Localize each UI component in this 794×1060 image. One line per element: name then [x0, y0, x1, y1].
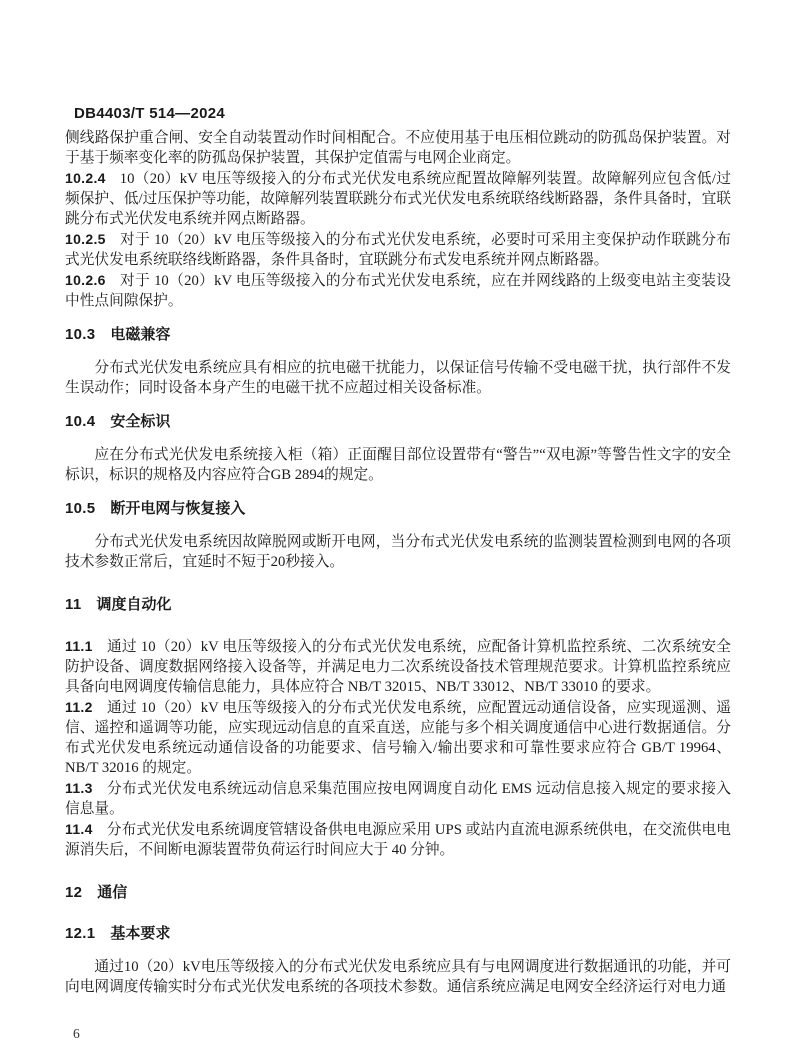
paragraph-10-5: 分布式光伏发电系统因故障脱网或断开电网，当分布式光伏发电系统的监测装置检测到电网…: [65, 532, 731, 572]
heading-10-5: 10.5断开电网与恢复接入: [65, 499, 731, 519]
heading-number: 10.3: [65, 326, 95, 343]
clause-number: 11.1: [65, 638, 93, 654]
document-page: DB4403/T 514—2024 侧线路保护重合闸、安全自动装置动作时间相配合…: [0, 0, 794, 1060]
heading-number: 12.1: [65, 925, 95, 942]
clause-number: 11.4: [65, 821, 93, 837]
clause-text: 10（20）kV 电压等级接入的分布式光伏发电系统应配置故障解列装置。故障解列应…: [65, 171, 731, 227]
clause-11-1: 11.1通过 10（20）kV 电压等级接入的分布式光伏发电系统，应配备计算机监…: [65, 636, 731, 697]
heading-title: 安全标识: [110, 413, 170, 430]
clause-text: 分布式光伏发电系统远动信息采集范围应按电网调度自动化 EMS 远动信息接入规定的…: [65, 781, 731, 817]
clause-11-2: 11.2通过 10（20）kV 电压等级接入的分布式光伏发电系统，应配置远动通信…: [65, 697, 731, 778]
heading-10-4: 10.4安全标识: [65, 412, 731, 432]
heading-12: 12通信: [65, 883, 731, 903]
heading-title: 基本要求: [110, 925, 170, 942]
clause-text: 通过 10（20）kV 电压等级接入的分布式光伏发电系统，应配置远动通信设备，应…: [65, 700, 731, 776]
clause-10-2-6: 10.2.6对于 10（20）kV 电压等级接入的分布式光伏发电系统，应在并网线…: [65, 270, 731, 311]
clause-11-4: 11.4分布式光伏发电系统调度管辖设备供电电源应采用 UPS 或站内直流电源系统…: [65, 819, 731, 860]
standard-code-header: DB4403/T 514—2024: [74, 104, 731, 124]
clause-number: 10.2.6: [65, 272, 106, 288]
heading-10-3: 10.3电磁兼容: [65, 325, 731, 345]
clause-10-2-5: 10.2.5对于 10（20）kV 电压等级接入的分布式光伏发电系统，必要时可采…: [65, 229, 731, 270]
clause-number: 11.3: [65, 780, 93, 796]
heading-number: 12: [65, 884, 82, 901]
clause-10-2-4: 10.2.410（20）kV 电压等级接入的分布式光伏发电系统应配置故障解列装置…: [65, 168, 731, 229]
heading-title: 调度自动化: [96, 596, 171, 613]
paragraph-10-4: 应在分布式光伏发电系统接入柜（箱）正面醒目部位设置带有“警告”“双电源”等警告性…: [65, 445, 731, 485]
heading-11: 11调度自动化: [65, 595, 731, 615]
clause-text: 分布式光伏发电系统调度管辖设备供电电源应采用 UPS 或站内直流电源系统供电，在…: [65, 822, 731, 858]
page-number: 6: [73, 1026, 80, 1042]
paragraph-12-1: 通过10（20）kV电压等级接入的分布式光伏发电系统应具有与电网调度进行数据通讯…: [65, 957, 731, 997]
paragraph-10-3: 分布式光伏发电系统应具有相应的抗电磁干扰能力，以保证信号传输不受电磁干扰，执行部…: [65, 358, 731, 398]
clause-text: 对于 10（20）kV 电压等级接入的分布式光伏发电系统，必要时可采用主变保护动…: [65, 232, 731, 268]
clause-number: 11.2: [65, 699, 93, 715]
page-content: DB4403/T 514—2024 侧线路保护重合闸、安全自动装置动作时间相配合…: [65, 104, 731, 997]
heading-number: 10.5: [65, 500, 95, 517]
clause-text: 对于 10（20）kV 电压等级接入的分布式光伏发电系统，应在并网线路的上级变电…: [65, 273, 731, 309]
heading-title: 通信: [97, 884, 127, 901]
clause-text: 通过 10（20）kV 电压等级接入的分布式光伏发电系统，应配备计算机监控系统、…: [65, 639, 731, 695]
clause-number: 10.2.5: [65, 231, 106, 247]
clause-11-3: 11.3分布式光伏发电系统远动信息采集范围应按电网调度自动化 EMS 远动信息接…: [65, 778, 731, 819]
clause-number: 10.2.4: [65, 170, 106, 186]
paragraph-continuation: 侧线路保护重合闸、安全自动装置动作时间相配合。不应使用基于电压相位跳动的防孤岛保…: [65, 128, 731, 168]
heading-12-1: 12.1基本要求: [65, 924, 731, 944]
heading-number: 11: [65, 596, 81, 613]
heading-number: 10.4: [65, 413, 95, 430]
heading-title: 电磁兼容: [110, 326, 170, 343]
heading-title: 断开电网与恢复接入: [110, 500, 245, 517]
